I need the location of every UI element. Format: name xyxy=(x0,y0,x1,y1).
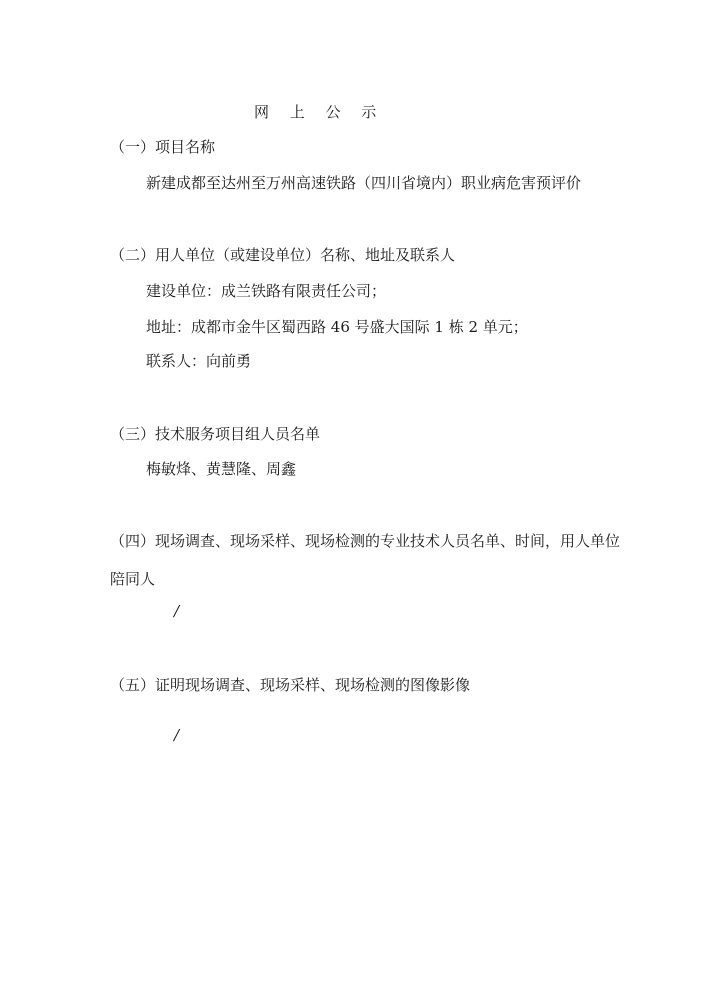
section-4-heading-continued: 陪同人 xyxy=(110,570,155,588)
section-4-heading: （四）现场调查、现场采样、现场检测的专业技术人员名单、时间，用人单位 xyxy=(110,532,620,550)
contact-person: 联系人：向前勇 xyxy=(146,352,251,370)
section-4-empty-marker: / xyxy=(174,602,179,620)
section-2-heading: （二）用人单位（或建设单位）名称、地址及联系人 xyxy=(110,246,455,264)
section-1-heading: （一）项目名称 xyxy=(110,138,215,156)
construction-unit: 建设单位：成兰铁路有限责任公司； xyxy=(146,282,386,300)
team-members: 梅敏烽、黄慧隆、周鑫 xyxy=(146,460,296,478)
section-5-heading: （五）证明现场调查、现场采样、现场检测的图像影像 xyxy=(110,676,470,694)
section-3-heading: （三）技术服务项目组人员名单 xyxy=(110,425,320,443)
page-title: 网 上 公 示 xyxy=(254,103,384,121)
address: 地址：成都市金牛区蜀西路 46 号盛大国际 1 栋 2 单元； xyxy=(146,318,528,336)
project-name: 新建成都至达州至万州高速铁路（四川省境内）职业病危害预评价 xyxy=(146,174,581,192)
section-5-empty-marker: / xyxy=(174,726,179,744)
